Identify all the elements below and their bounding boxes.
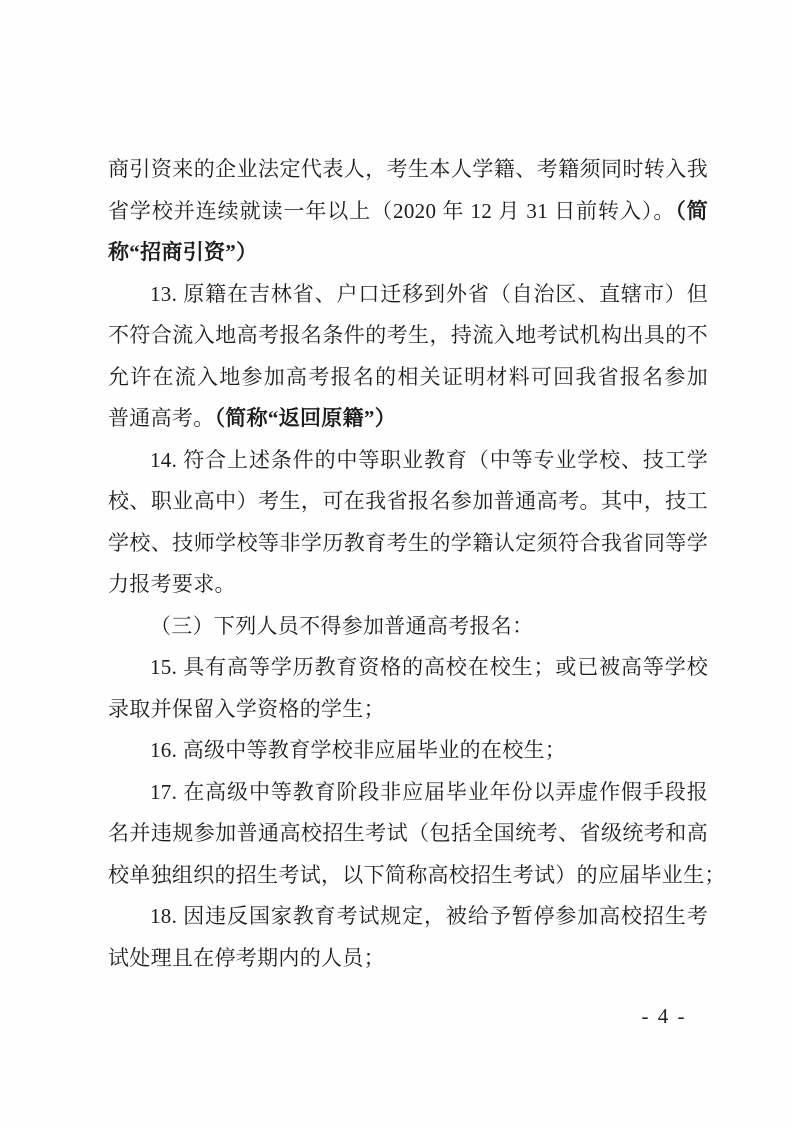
text-segment: 17. 在高级中等教育阶段非应届毕业年份以弄虚作假手段报	[150, 780, 708, 804]
scanned-document-page: 商引资来的企业法定代表人，考生本人学籍、考籍须同时转入我省学校并连续就读一年以上…	[0, 0, 792, 1128]
bold-text-segment: （简称“返回原籍”）	[215, 406, 397, 430]
text-segment: 学校、技师学校等非学历教育考生的学籍认定须符合我省同等学	[108, 531, 708, 555]
text-segment: 商引资来的企业法定代表人，考生本人学籍、考籍须同时转入我	[108, 157, 708, 181]
text-segment: 13. 原籍在吉林省、户口迁移到外省（自治区、直辖市）但	[150, 282, 708, 306]
text-segment: 16. 高级中等教育学校非应届毕业的在校生；	[150, 738, 566, 762]
text-line: 名并违规参加普通高校招生考试（包括全国统考、省级统考和高	[108, 813, 708, 855]
bold-text-segment: （简	[675, 199, 708, 223]
text-segment: 普通高考。	[108, 406, 215, 430]
text-segment: 录取并保留入学资格的学生；	[108, 697, 385, 721]
page-number: - 4 -	[622, 1001, 706, 1031]
text-segment: 不符合流入地高考报名条件的考生，持流入地考试机构出具的不	[108, 323, 708, 347]
text-line: 商引资来的企业法定代表人，考生本人学籍、考籍须同时转入我	[108, 149, 708, 191]
bold-text-segment: 称“招商引资”）	[108, 240, 257, 264]
text-segment: 14. 符合上述条件的中等职业教育（中等专业学校、技工学	[150, 448, 708, 472]
text-line: 普通高考。（简称“返回原籍”）	[108, 398, 708, 440]
text-line: 省学校并连续就读一年以上（2020 年 12 月 31 日前转入）。（简	[108, 191, 708, 233]
text-segment: （三）下列人员不得参加普通高考报名：	[150, 614, 533, 638]
text-line: 14. 符合上述条件的中等职业教育（中等专业学校、技工学	[108, 440, 708, 482]
text-segment: 校单独组织的招生考试，以下简称高校招生考试）的应届毕业生；	[108, 863, 726, 887]
text-segment: 试处理且在停考期内的人员；	[108, 946, 385, 970]
text-line: 力报考要求。	[108, 564, 708, 606]
text-segment: 校、职业高中）考生，可在我省报名参加普通高考。其中，技工	[108, 489, 708, 513]
text-segment: 15. 具有高等学历教育资格的高校在校生；或已被高等学校	[150, 655, 708, 679]
document-body: 商引资来的企业法定代表人，考生本人学籍、考籍须同时转入我省学校并连续就读一年以上…	[108, 149, 708, 979]
text-line: 校单独组织的招生考试，以下简称高校招生考试）的应届毕业生；	[108, 855, 708, 897]
text-line: 13. 原籍在吉林省、户口迁移到外省（自治区、直辖市）但	[108, 274, 708, 316]
text-line: （三）下列人员不得参加普通高考报名：	[108, 606, 708, 648]
text-line: 校、职业高中）考生，可在我省报名参加普通高考。其中，技工	[108, 481, 708, 523]
text-line: 称“招商引资”）	[108, 232, 708, 274]
text-segment: 18. 因违反国家教育考试规定，被给予暂停参加高校招生考	[150, 904, 708, 928]
text-line: 16. 高级中等教育学校非应届毕业的在校生；	[108, 730, 708, 772]
text-segment: 允许在流入地参加高考报名的相关证明材料可回我省报名参加	[108, 365, 708, 389]
text-line: 不符合流入地高考报名条件的考生，持流入地考试机构出具的不	[108, 315, 708, 357]
text-line: 17. 在高级中等教育阶段非应届毕业年份以弄虚作假手段报	[108, 772, 708, 814]
text-segment: 名并违规参加普通高校招生考试（包括全国统考、省级统考和高	[108, 821, 708, 845]
text-segment: 省学校并连续就读一年以上（2020 年 12 月 31 日前转入）。	[108, 199, 675, 223]
text-line: 学校、技师学校等非学历教育考生的学籍认定须符合我省同等学	[108, 523, 708, 565]
text-line: 试处理且在停考期内的人员；	[108, 938, 708, 980]
text-line: 允许在流入地参加高考报名的相关证明材料可回我省报名参加	[108, 357, 708, 399]
text-line: 15. 具有高等学历教育资格的高校在校生；或已被高等学校	[108, 647, 708, 689]
text-line: 录取并保留入学资格的学生；	[108, 689, 708, 731]
text-segment: 力报考要求。	[108, 572, 236, 596]
text-line: 18. 因违反国家教育考试规定，被给予暂停参加高校招生考	[108, 896, 708, 938]
